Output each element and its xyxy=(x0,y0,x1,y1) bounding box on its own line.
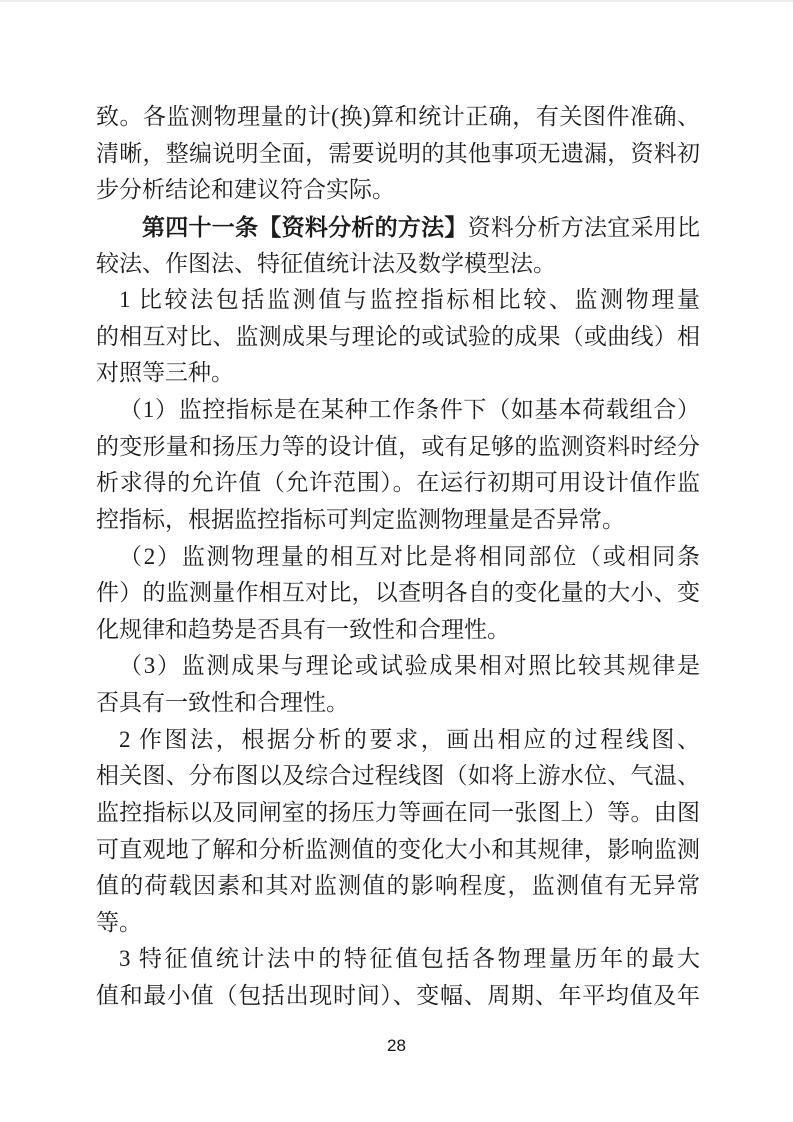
article-heading-rest: 资料分析方法宜采用比 xyxy=(468,215,700,240)
document-page: 致。各监测物理量的计(换)算和统计正确，有关图件准确、 清晰，整编说明全面，需要… xyxy=(0,0,793,1122)
text-line: 可直观地了解和分析监测值的变化大小和其规律，影响监测 xyxy=(96,832,700,869)
text-line: 的变形量和扬压力等的设计值，或有足够的监测资料时经分 xyxy=(96,429,700,466)
text-line: 对照等三种。 xyxy=(96,355,700,392)
text-line: 否具有一致性和合理性。 xyxy=(96,685,700,722)
text-line: 2 作图法，根据分析的要求，画出相应的过程线图、 xyxy=(96,722,700,759)
text-line: 较法、作图法、特征值统计法及数学模型法。 xyxy=(96,246,700,283)
text-line: 件）的监测量作相互对比，以查明各自的变化量的大小、变 xyxy=(96,575,700,612)
text-line: 值和最小值（包括出现时间）、变幅、周期、年平均值及年 xyxy=(96,978,700,1015)
text-line: 1 比较法包括监测值与监控指标相比较、监测物理量 xyxy=(96,282,700,319)
text-line: 值的荷载因素和其对监测值的影响程度，监测值有无异常 xyxy=(96,868,700,905)
text-line: （3）监测成果与理论或试验成果相对照比较其规律是 xyxy=(96,648,700,685)
text-block: 致。各监测物理量的计(换)算和统计正确，有关图件准确、 清晰，整编说明全面，需要… xyxy=(96,99,700,1015)
text-line: 控指标，根据监控指标可判定监测物理量是否异常。 xyxy=(96,502,700,539)
text-line: 相关图、分布图以及综合过程线图（如将上游水位、气温、 xyxy=(96,758,700,795)
page-number: 28 xyxy=(0,1036,793,1056)
text-line: 析求得的允许值（允许范围）。在运行初期可用设计值作监 xyxy=(96,465,700,502)
text-line: 致。各监测物理量的计(换)算和统计正确，有关图件准确、 xyxy=(96,99,700,136)
article-heading-line: 第四十一条【资料分析的方法】资料分析方法宜采用比 xyxy=(96,209,700,246)
text-line: 清晰，整编说明全面，需要说明的其他事项无遗漏，资料初 xyxy=(96,136,700,173)
text-line: 3 特征值统计法中的特征值包括各物理量历年的最大 xyxy=(96,941,700,978)
text-line: 化规律和趋势是否具有一致性和合理性。 xyxy=(96,612,700,649)
text-line: （2）监测物理量的相互对比是将相同部位（或相同条 xyxy=(96,539,700,576)
text-line: 的相互对比、监测成果与理论的或试验的成果（或曲线）相 xyxy=(96,319,700,356)
text-line: （1）监控指标是在某种工作条件下（如基本荷载组合） xyxy=(96,392,700,429)
text-line: 监控指标以及同闸室的扬压力等画在同一张图上）等。由图 xyxy=(96,795,700,832)
text-line: 步分析结论和建议符合实际。 xyxy=(96,172,700,209)
article-number-title: 第四十一条【资料分析的方法】 xyxy=(142,214,468,240)
text-line: 等。 xyxy=(96,905,700,942)
